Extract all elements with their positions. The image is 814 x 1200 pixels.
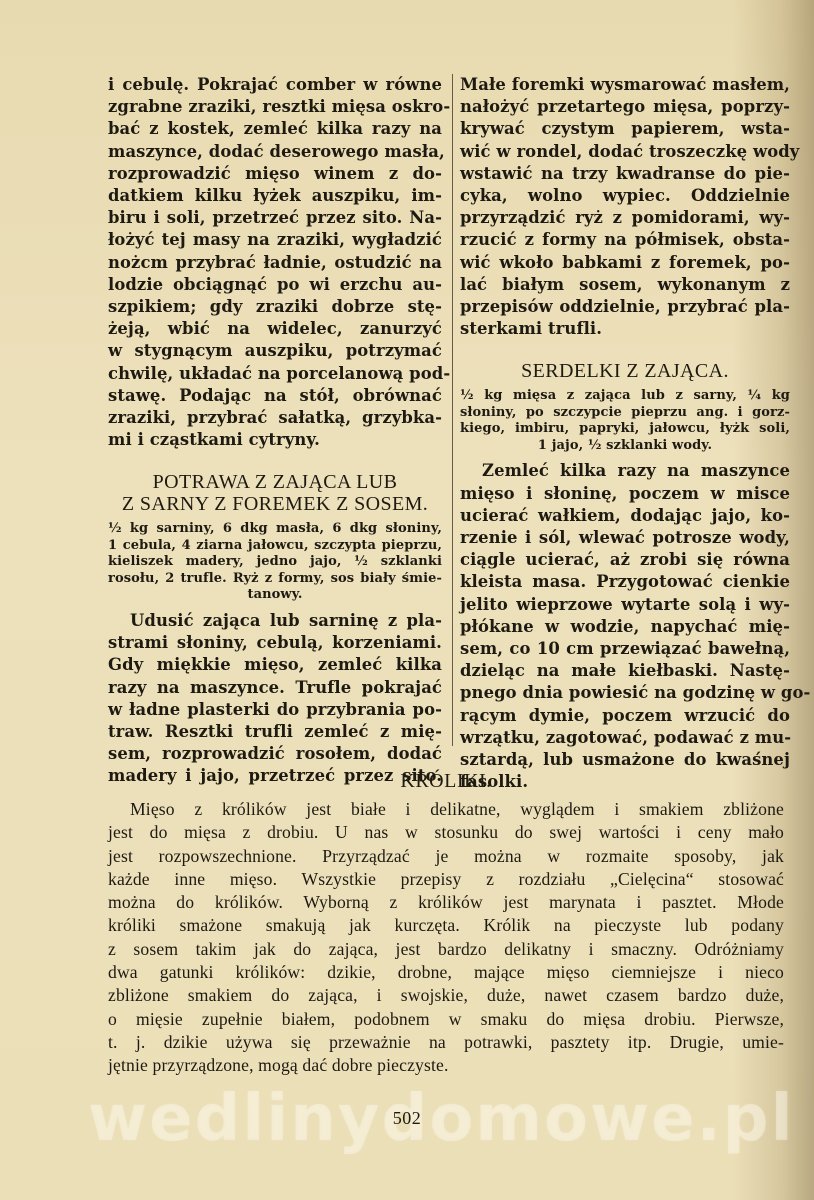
- text-line: biru i soli, przetrzeć przez sito. Na-: [108, 207, 442, 229]
- zraziki-continuation-paragraph: i cebulę. Pokrajać comber w równe zgrabn…: [108, 74, 442, 451]
- ingredients-line: 1 jajo, ½ szklanki wody.: [460, 438, 790, 455]
- text-line: nożcm przybrać ładnie, ostudzić na: [108, 252, 442, 274]
- text-line: traw. Resztki trufli zemleć z mię-: [108, 721, 442, 743]
- text-line: jest rozpowszechnione. Przyrządzać je mo…: [108, 845, 784, 868]
- text-line: Gdy miękkie mięso, zemleć kilka: [108, 654, 442, 676]
- kroliki-section: KRÓLIKI. Mięso z królików jest białe i d…: [108, 768, 784, 1078]
- ingredients-line: kieliszek madery, jedno jajo, ½ szklanki: [108, 554, 442, 571]
- text-line: łożyć tej masy na zraziki, wygładzić: [108, 229, 442, 251]
- text-line: jelito wieprzowe wytarte solą i wy-: [460, 594, 790, 616]
- text-line: chwilę, układać na porcelanową pod-: [108, 363, 442, 385]
- text-line: Małe foremki wysmarować masłem,: [460, 74, 790, 96]
- recipe-title-potrawa-z-zajaca: POTRAWA Z ZAJĄCA LUB Z SARNY Z FOREMEK Z…: [108, 471, 442, 515]
- recipe-body-potrawa: Udusić zająca lub sarninę z pla- strami …: [108, 610, 442, 788]
- text-line: stawę. Podając na stół, obrównać: [108, 385, 442, 407]
- text-line: zbliżone smakiem do zająca, i swojskie, …: [108, 984, 784, 1007]
- text-line: z sosem takim jak do zająca, jest bardzo…: [108, 938, 784, 961]
- recipe-ingredients-serdelki: ½ kg mięsa z zająca lub z sarny, ¼ kg sł…: [460, 388, 790, 454]
- text-line: strami słoniny, cebulą, korzeniami.: [108, 632, 442, 654]
- text-line: Mięso z królików jest białe i delikatne,…: [108, 798, 784, 821]
- text-line: lodzie obciągnąć po wi erzchu au-: [108, 274, 442, 296]
- two-column-section: i cebulę. Pokrajać comber w równe zgrabn…: [108, 74, 788, 754]
- text-line: ciągle ucierać, aż zrobi się równa: [460, 549, 790, 571]
- ingredients-line: ½ kg sarniny, 6 dkg masła, 6 dkg słoniny…: [108, 521, 442, 538]
- text-line: i cebulę. Pokrajać comber w równe: [108, 74, 442, 96]
- text-line: każde inne mięso. Wszystkie przepisy z r…: [108, 868, 784, 891]
- text-line: kleista masa. Przygotować cienkie: [460, 571, 790, 593]
- text-line: szpikiem; gdy zraziki dobrze stę-: [108, 296, 442, 318]
- text-line: wić wkoło babkami z foremek, po-: [460, 252, 790, 274]
- book-page: i cebulę. Pokrajać comber w równe zgrabn…: [0, 0, 814, 1200]
- left-column: i cebulę. Pokrajać comber w równe zgrabn…: [108, 74, 442, 788]
- text-line: rzucić z formy na półmisek, obsta-: [460, 229, 790, 251]
- recipe-title-serdelki: SERDELKI Z ZAJĄCA.: [460, 360, 790, 382]
- heading-line: Z SARNY Z FOREMEK Z SOSEM.: [108, 493, 442, 515]
- ingredients-line: ½ kg mięsa z zająca lub z sarny, ¼ kg: [460, 388, 790, 405]
- heading-line: SERDELKI Z ZAJĄCA.: [460, 360, 790, 382]
- text-line: sem, rozprowadzić rosołem, dodać: [108, 743, 442, 765]
- text-line: ucierać wałkiem, dodając jajo, ko-: [460, 505, 790, 527]
- page-number: 502: [0, 1108, 814, 1129]
- text-line: Zemleć kilka razy na maszynce: [460, 460, 790, 482]
- text-line: jest do mięsa z drobiu. U nas w stosunku…: [108, 821, 784, 844]
- recipe-body-serdelki: Zemleć kilka razy na maszynce mięso i sł…: [460, 460, 790, 793]
- ingredients-line: rosołu, 2 trufle. Ryż z formy, sos biały…: [108, 571, 442, 588]
- text-line: zraziki, przybrać sałatką, grzybka-: [108, 407, 442, 429]
- text-line: nałożyć przetartego mięsa, poprzy-: [460, 96, 790, 118]
- text-line: jętnie przyrządzone, mogą dać dobre piec…: [108, 1054, 784, 1077]
- text-line: rozprowadzić mięso winem z do-: [108, 163, 442, 185]
- recipe-ingredients-potrawa: ½ kg sarniny, 6 dkg masła, 6 dkg słoniny…: [108, 521, 442, 604]
- heading-line: POTRAWA Z ZAJĄCA LUB: [108, 471, 442, 493]
- ingredients-line: słoniny, po szczypcie pieprzu ang. i gor…: [460, 405, 790, 422]
- text-line: sterkami trufli.: [460, 318, 790, 340]
- text-line: t. j. dzikie używa się przeważnie na pot…: [108, 1031, 784, 1054]
- section-title-kroliki: KRÓLIKI.: [108, 768, 784, 794]
- ingredients-line: 1 cebula, 4 ziarna jałowcu, szczypta pie…: [108, 538, 442, 555]
- text-line: datkiem kilku łyżek auszpiku, im-: [108, 185, 442, 207]
- text-line: przyrządzić ryż z pomidorami, wy-: [460, 207, 790, 229]
- text-line: razy na maszynce. Trufle pokrajać: [108, 677, 442, 699]
- text-line: maszynce, dodać deserowego masła,: [108, 141, 442, 163]
- column-divider: [452, 74, 453, 746]
- text-line: wić w rondel, dodać troszeczkę wody: [460, 141, 790, 163]
- ingredients-line: tanowy.: [108, 587, 442, 604]
- text-line: dwa gatunki królików: dzikie, drobne, ma…: [108, 961, 784, 984]
- text-line: krywać czystym papierem, wsta-: [460, 118, 790, 140]
- text-line: pnego dnia powiesić na godzinę w go-: [460, 682, 790, 704]
- text-line: wstawić na trzy kwadranse do pie-: [460, 163, 790, 185]
- text-line: króliki smażone smakują jak kurczęta. Kr…: [108, 914, 784, 937]
- ingredients-line: kiego, imbiru, papryki, jałowcu, łyżk so…: [460, 421, 790, 438]
- kroliki-body: Mięso z królików jest białe i delikatne,…: [108, 798, 784, 1078]
- text-line: rącym dymie, poczem wrzucić do: [460, 705, 790, 727]
- text-line: bać z kostek, zemleć kilka razy na: [108, 118, 442, 140]
- text-line: w ładne plasterki do przybrania po-: [108, 699, 442, 721]
- text-line: płókane w wodzie, napychać mię-: [460, 616, 790, 638]
- text-line: mięso i słoninę, poczem w misce: [460, 483, 790, 505]
- text-line: sem, co 10 cm przewiązać bawełną,: [460, 638, 790, 660]
- text-line: w stygnącym auszpiku, potrzymać: [108, 340, 442, 362]
- text-line: lać białym sosem, wykonanym z: [460, 274, 790, 296]
- text-line: dzieląc na małe kiełbaski. Nastę-: [460, 660, 790, 682]
- text-line: Udusić zająca lub sarninę z pla-: [108, 610, 442, 632]
- text-line: cyka, wolno wypiec. Oddzielnie: [460, 185, 790, 207]
- text-line: zgrabne zraziki, resztki mięsa oskro-: [108, 96, 442, 118]
- text-line: przepisów oddzielnie, przybrać pla-: [460, 296, 790, 318]
- text-line: wrzątku, zagotować, podawać z mu-: [460, 727, 790, 749]
- right-column: Małe foremki wysmarować masłem, nałożyć …: [460, 74, 790, 793]
- text-line: żeją, wbić na widelec, zanurzyć: [108, 318, 442, 340]
- text-line: rzenie i sól, wlewać potrosze wody,: [460, 527, 790, 549]
- potrawa-continuation-paragraph: Małe foremki wysmarować masłem, nałożyć …: [460, 74, 790, 340]
- text-line: można do królików. Wyborną z królików je…: [108, 891, 784, 914]
- text-line: mi i cząstkami cytryny.: [108, 429, 442, 451]
- text-line: o mięsie zupełnie białem, podobnem w sma…: [108, 1008, 784, 1031]
